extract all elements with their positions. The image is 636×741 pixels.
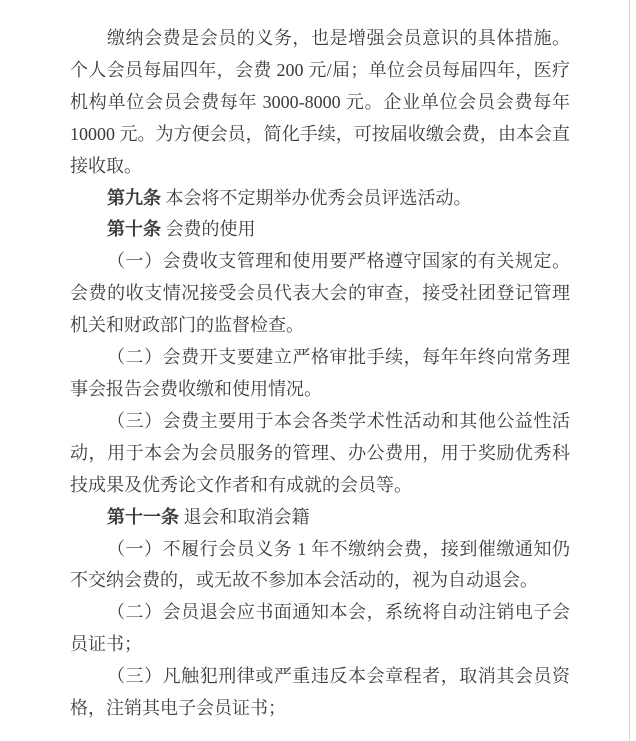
text-run: （一）不履行会员义务 1 年不缴纳会费，接到催缴通知仍 — [107, 539, 570, 559]
para-article-9: 第九条 本会将不定期举办优秀会员评选活动。 — [70, 183, 570, 215]
text-run: （二）会员退会应书面通知本会，系统将自动注销电子会 — [107, 602, 570, 622]
document-line: （一）不履行会员义务 1 年不缴纳会费，接到催缴通知仍 — [70, 534, 570, 566]
text-run: 会费的使用 — [161, 219, 256, 239]
document-page: 缴纳会费是会员的义务，也是增强会员意识的具体措施。个人会员每届四年，会费 200… — [0, 0, 636, 741]
text-run: 不交纳会费的，或无故不参加本会活动的，视为自动退会。 — [70, 570, 538, 590]
text-run: 会费的收支情况接受会员代表大会的审查，接受社团登记管理 — [70, 283, 570, 303]
text-run: 机构单位会员会费每年 3000-8000 元。企业单位会员会费每年 — [70, 92, 570, 112]
document-line: 技成果及优秀论文作者和有成就的会员等。 — [70, 470, 570, 502]
page-edge-line — [629, 0, 630, 741]
text-run: （三）会费主要用于本会各类学术性活动和其他公益性活 — [107, 411, 570, 431]
para-article-10-item-2: （二）会费开支要建立严格审批手续，每年年终向常务理事会报告会费收缴和使用情况。 — [70, 342, 570, 406]
document-line: 员证书； — [70, 629, 570, 661]
document-line: 机关和财政部门的监督检查。 — [70, 310, 570, 342]
document-line: 机构单位会员会费每年 3000-8000 元。企业单位会员会费每年 — [70, 87, 570, 119]
text-run: 个人会员每届四年，会费 200 元/届；单位会员每届四年，医疗 — [70, 60, 570, 80]
document-line: 动，用于本会为会员服务的管理、办公费用，用于奖励优秀科 — [70, 438, 570, 470]
document-line: （三）会费主要用于本会各类学术性活动和其他公益性活 — [70, 406, 570, 438]
document-body: 缴纳会费是会员的义务，也是增强会员意识的具体措施。个人会员每届四年，会费 200… — [70, 23, 570, 725]
text-run: 本会将不定期举办优秀会员评选活动。 — [161, 188, 472, 208]
text-run: 接收取。 — [70, 156, 142, 176]
document-line: （二）会员退会应书面通知本会，系统将自动注销电子会 — [70, 597, 570, 629]
text-run: （三）凡触犯刑律或严重违反本会章程者，取消其会员资 — [107, 666, 570, 686]
para-article-11: 第十一条 退会和取消会籍 — [70, 502, 570, 534]
para-article-10-item-3: （三）会费主要用于本会各类学术性活动和其他公益性活动，用于本会为会员服务的管理、… — [70, 406, 570, 502]
document-line: 个人会员每届四年，会费 200 元/届；单位会员每届四年，医疗 — [70, 55, 570, 87]
text-run: 事会报告会费收缴和使用情况。 — [70, 379, 322, 399]
article-heading: 第九条 — [107, 188, 161, 208]
para-article-10: 第十条 会费的使用 — [70, 214, 570, 246]
document-line: 缴纳会费是会员的义务，也是增强会员意识的具体措施。 — [70, 23, 570, 55]
text-run: （二）会费开支要建立严格审批手续，每年年终向常务理 — [107, 347, 570, 367]
article-heading: 第十一条 — [107, 507, 179, 527]
text-run: 格，注销其电子会员证书； — [70, 698, 286, 718]
text-run: 10000 元。为方便会员，简化手续，可按届收缴会费，由本会直 — [70, 124, 570, 144]
document-line: （三）凡触犯刑律或严重违反本会章程者，取消其会员资 — [70, 661, 570, 693]
document-line: 接收取。 — [70, 151, 570, 183]
document-line: 会费的收支情况接受会员代表大会的审查，接受社团登记管理 — [70, 278, 570, 310]
para-article-11-item-3: （三）凡触犯刑律或严重违反本会章程者，取消其会员资格，注销其电子会员证书； — [70, 661, 570, 725]
text-run: 缴纳会费是会员的义务，也是增强会员意识的具体措施。 — [107, 28, 570, 48]
text-run: 机关和财政部门的监督检查。 — [70, 315, 304, 335]
document-line: （二）会费开支要建立严格审批手续，每年年终向常务理 — [70, 342, 570, 374]
para-fee-obligation: 缴纳会费是会员的义务，也是增强会员意识的具体措施。个人会员每届四年，会费 200… — [70, 23, 570, 183]
document-line: 10000 元。为方便会员，简化手续，可按届收缴会费，由本会直 — [70, 119, 570, 151]
screenshot-root: { "page": { "background": "#ffffff", "te… — [0, 0, 636, 741]
article-heading: 第十条 — [107, 219, 161, 239]
para-article-11-item-2: （二）会员退会应书面通知本会，系统将自动注销电子会员证书； — [70, 597, 570, 661]
text-run: 技成果及优秀论文作者和有成就的会员等。 — [70, 475, 412, 495]
document-line: 第九条 本会将不定期举办优秀会员评选活动。 — [70, 183, 570, 215]
document-line: 第十一条 退会和取消会籍 — [70, 502, 570, 534]
text-run: 员证书； — [70, 634, 142, 654]
document-line: 不交纳会费的，或无故不参加本会活动的，视为自动退会。 — [70, 565, 570, 597]
document-line: 格，注销其电子会员证书； — [70, 693, 570, 725]
text-run: （一）会费收支管理和使用要严格遵守国家的有关规定。 — [107, 251, 570, 271]
para-article-11-item-1: （一）不履行会员义务 1 年不缴纳会费，接到催缴通知仍不交纳会费的，或无故不参加… — [70, 534, 570, 598]
document-line: （一）会费收支管理和使用要严格遵守国家的有关规定。 — [70, 246, 570, 278]
para-article-10-item-1: （一）会费收支管理和使用要严格遵守国家的有关规定。会费的收支情况接受会员代表大会… — [70, 246, 570, 342]
document-line: 事会报告会费收缴和使用情况。 — [70, 374, 570, 406]
text-run: 动，用于本会为会员服务的管理、办公费用，用于奖励优秀科 — [70, 443, 570, 463]
text-run: 退会和取消会籍 — [179, 507, 310, 527]
document-line: 第十条 会费的使用 — [70, 214, 570, 246]
